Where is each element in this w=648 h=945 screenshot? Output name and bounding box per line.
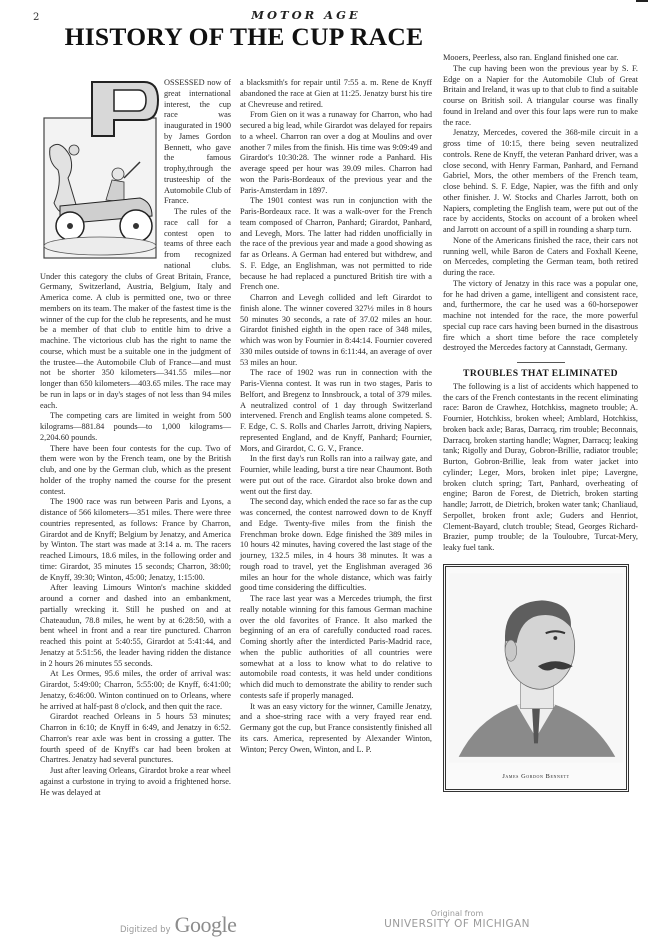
paragraph: Charron and Levegh collided and left Gir… [240, 293, 432, 368]
article-title: HISTORY OF THE CUP RACE [56, 22, 432, 52]
paragraph: At Les Ormes, 95.6 miles, the order of a… [40, 669, 231, 712]
scan-edge-mark [636, 0, 648, 2]
sidebar-heading: TROUBLES THAT ELIMINATED [443, 369, 638, 380]
trophy-car-illustration-icon [40, 78, 160, 266]
paragraph: None of the Americans finished the race,… [443, 236, 638, 279]
paragraph: The cup having been won the previous yea… [443, 64, 638, 129]
section-divider [517, 362, 565, 363]
paragraph: The race of 1902 was run in connection w… [240, 368, 432, 454]
paragraph: The competing cars are limited in weight… [40, 411, 231, 443]
portrait-engraving-icon [449, 570, 623, 766]
article-column-1: OSSESSED now of great international inte… [40, 78, 231, 798]
paragraph: Just after leaving Orleans, Girardot bro… [40, 766, 231, 798]
digitized-label: Digitized by [120, 925, 171, 935]
paragraph: In the first day's run Rolls ran into a … [240, 454, 432, 497]
article-column-3: Mooers, Peerless, also ran. England fini… [443, 53, 638, 792]
sidebar-paragraph: The following is a list of accidents whi… [443, 382, 638, 554]
paragraph: Jenatzy, Mercedes, covered the 368-mile … [443, 128, 638, 236]
paragraph: The 1900 race was run between Paris and … [40, 497, 231, 583]
paragraph: It was an easy victory for the winner, C… [240, 702, 432, 756]
portrait-frame: James Gordon Bennett [443, 564, 629, 792]
original-source: Original from UNIVERSITY OF MICHIGAN [372, 909, 542, 930]
paragraph: Girardot reached Orleans in 5 hours 53 m… [40, 712, 231, 766]
paragraph: The second day, which ended the race so … [240, 497, 432, 594]
google-logo: Google [175, 912, 237, 938]
paragraph: a blacksmith's for repair until 7:55 a. … [240, 78, 432, 110]
paragraph: There have been four contests for the cu… [40, 444, 231, 498]
running-head: MOTOR AGE [226, 8, 386, 22]
paragraph: The race last year was a Mercedes triump… [240, 594, 432, 702]
paragraph: Mooers, Peerless, also ran. England fini… [443, 53, 638, 64]
university-label: UNIVERSITY OF MICHIGAN [372, 918, 542, 930]
original-from-label: Original from [372, 909, 542, 918]
paragraph: The 1901 contest was run in conjunction … [240, 196, 432, 293]
page-number: 2 [33, 12, 39, 23]
portrait-caption: James Gordon Bennett [449, 772, 623, 783]
paragraph: After leaving Limours Winton's machine s… [40, 583, 231, 669]
paragraph: From Gien on it was a runaway for Charro… [240, 110, 432, 196]
digitized-by-google: Digitized by Google [120, 912, 236, 938]
article-column-2: a blacksmith's for repair until 7:55 a. … [240, 78, 432, 755]
paragraph: The victory of Jenatzy in this race was … [443, 279, 638, 354]
drop-cap-illustration [40, 78, 160, 266]
